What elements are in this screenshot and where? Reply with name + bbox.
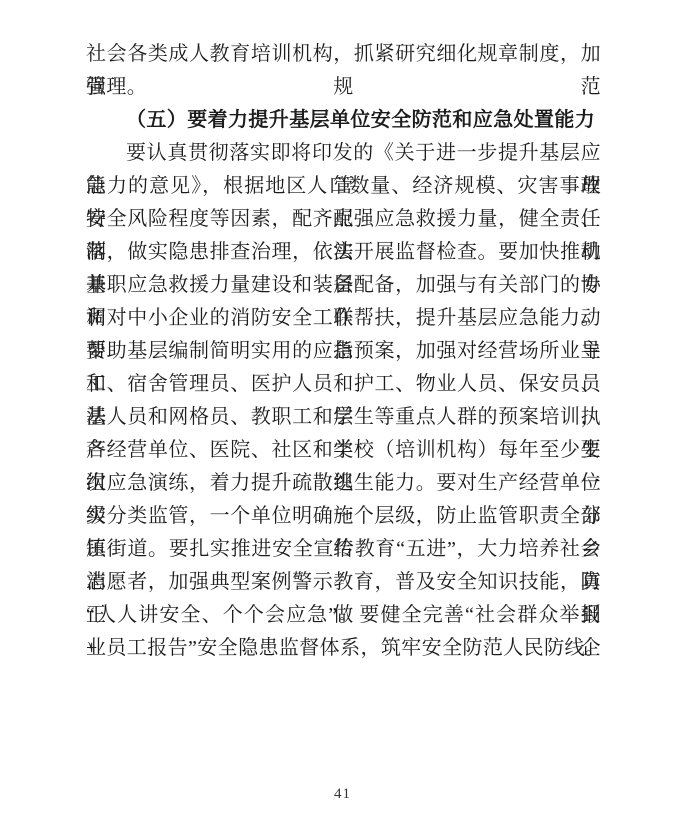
document-body: 社会各类成人教育培训机构，抓紧研究细化规章制度，加强规范 管理。 （五）要着力提… <box>86 38 601 665</box>
text-line: 要认真贯彻落实即将印发的《关于进一步提升基层应急管理 <box>86 137 601 170</box>
section-heading: （五）要着力提升基层单位安全防范和应急处置能力 <box>86 104 601 137</box>
text-line: 能力的意见》，根据地区人口数量、经济规模、灾害事故特点、 <box>86 170 601 203</box>
document-page: 社会各类成人教育培训机构，抓紧研究细化规章制度，加强规范 管理。 （五）要着力提… <box>0 0 685 834</box>
text-line: “人人讲安全、个个会应急”。要健全完善“社会群众举报+企 <box>86 599 601 632</box>
text-line: 工、宿舍管理员、医护人员和护工、物业人员、保安员、基层执 <box>86 368 601 401</box>
text-line: 帮助基层编制简明实用的应急预案，加强对经营场所业主和员 <box>86 335 601 368</box>
text-line: 法人员和网格员、教职工和学生等重点人群的预案培训，各类生 <box>86 401 601 434</box>
text-line: 社会各类成人教育培训机构，抓紧研究细化规章制度，加强规范 <box>86 38 601 71</box>
text-line: 产经营单位、医院、社区和学校（培训机构）每年至少要组织一 <box>86 434 601 467</box>
text-line: 级分类监管，一个单位明确一个层级，防止监管职责全部压给乡 <box>86 500 601 533</box>
text-line: 制，做实隐患排查治理，依法开展监督检查。要加快推动基层专 <box>86 236 601 269</box>
text-line: 业员工报告”安全隐患监督体系，筑牢安全防范人民防线。 <box>86 632 601 665</box>
text-line: 镇街道。要扎实推进安全宣传教育“五进”，大力培养社会消防 <box>86 533 601 566</box>
text-line: 安全风险程度等因素，配齐配强应急救援力量，健全责任落实机 <box>86 203 601 236</box>
text-line: 志愿者，加强典型案例警示教育，普及安全知识技能，真正做到 <box>86 566 601 599</box>
page-number: 41 <box>0 786 685 803</box>
text-line: 兼职应急救援力量建设和装备配备，加强与有关部门的协调联动 <box>86 269 601 302</box>
text-line: 和对中小企业的消防安全工作帮扶，提升基层应急能力。要指导 <box>86 302 601 335</box>
text-line: 次应急演练，着力提升疏散逃生能力。要对生产经营单位实施分 <box>86 467 601 500</box>
